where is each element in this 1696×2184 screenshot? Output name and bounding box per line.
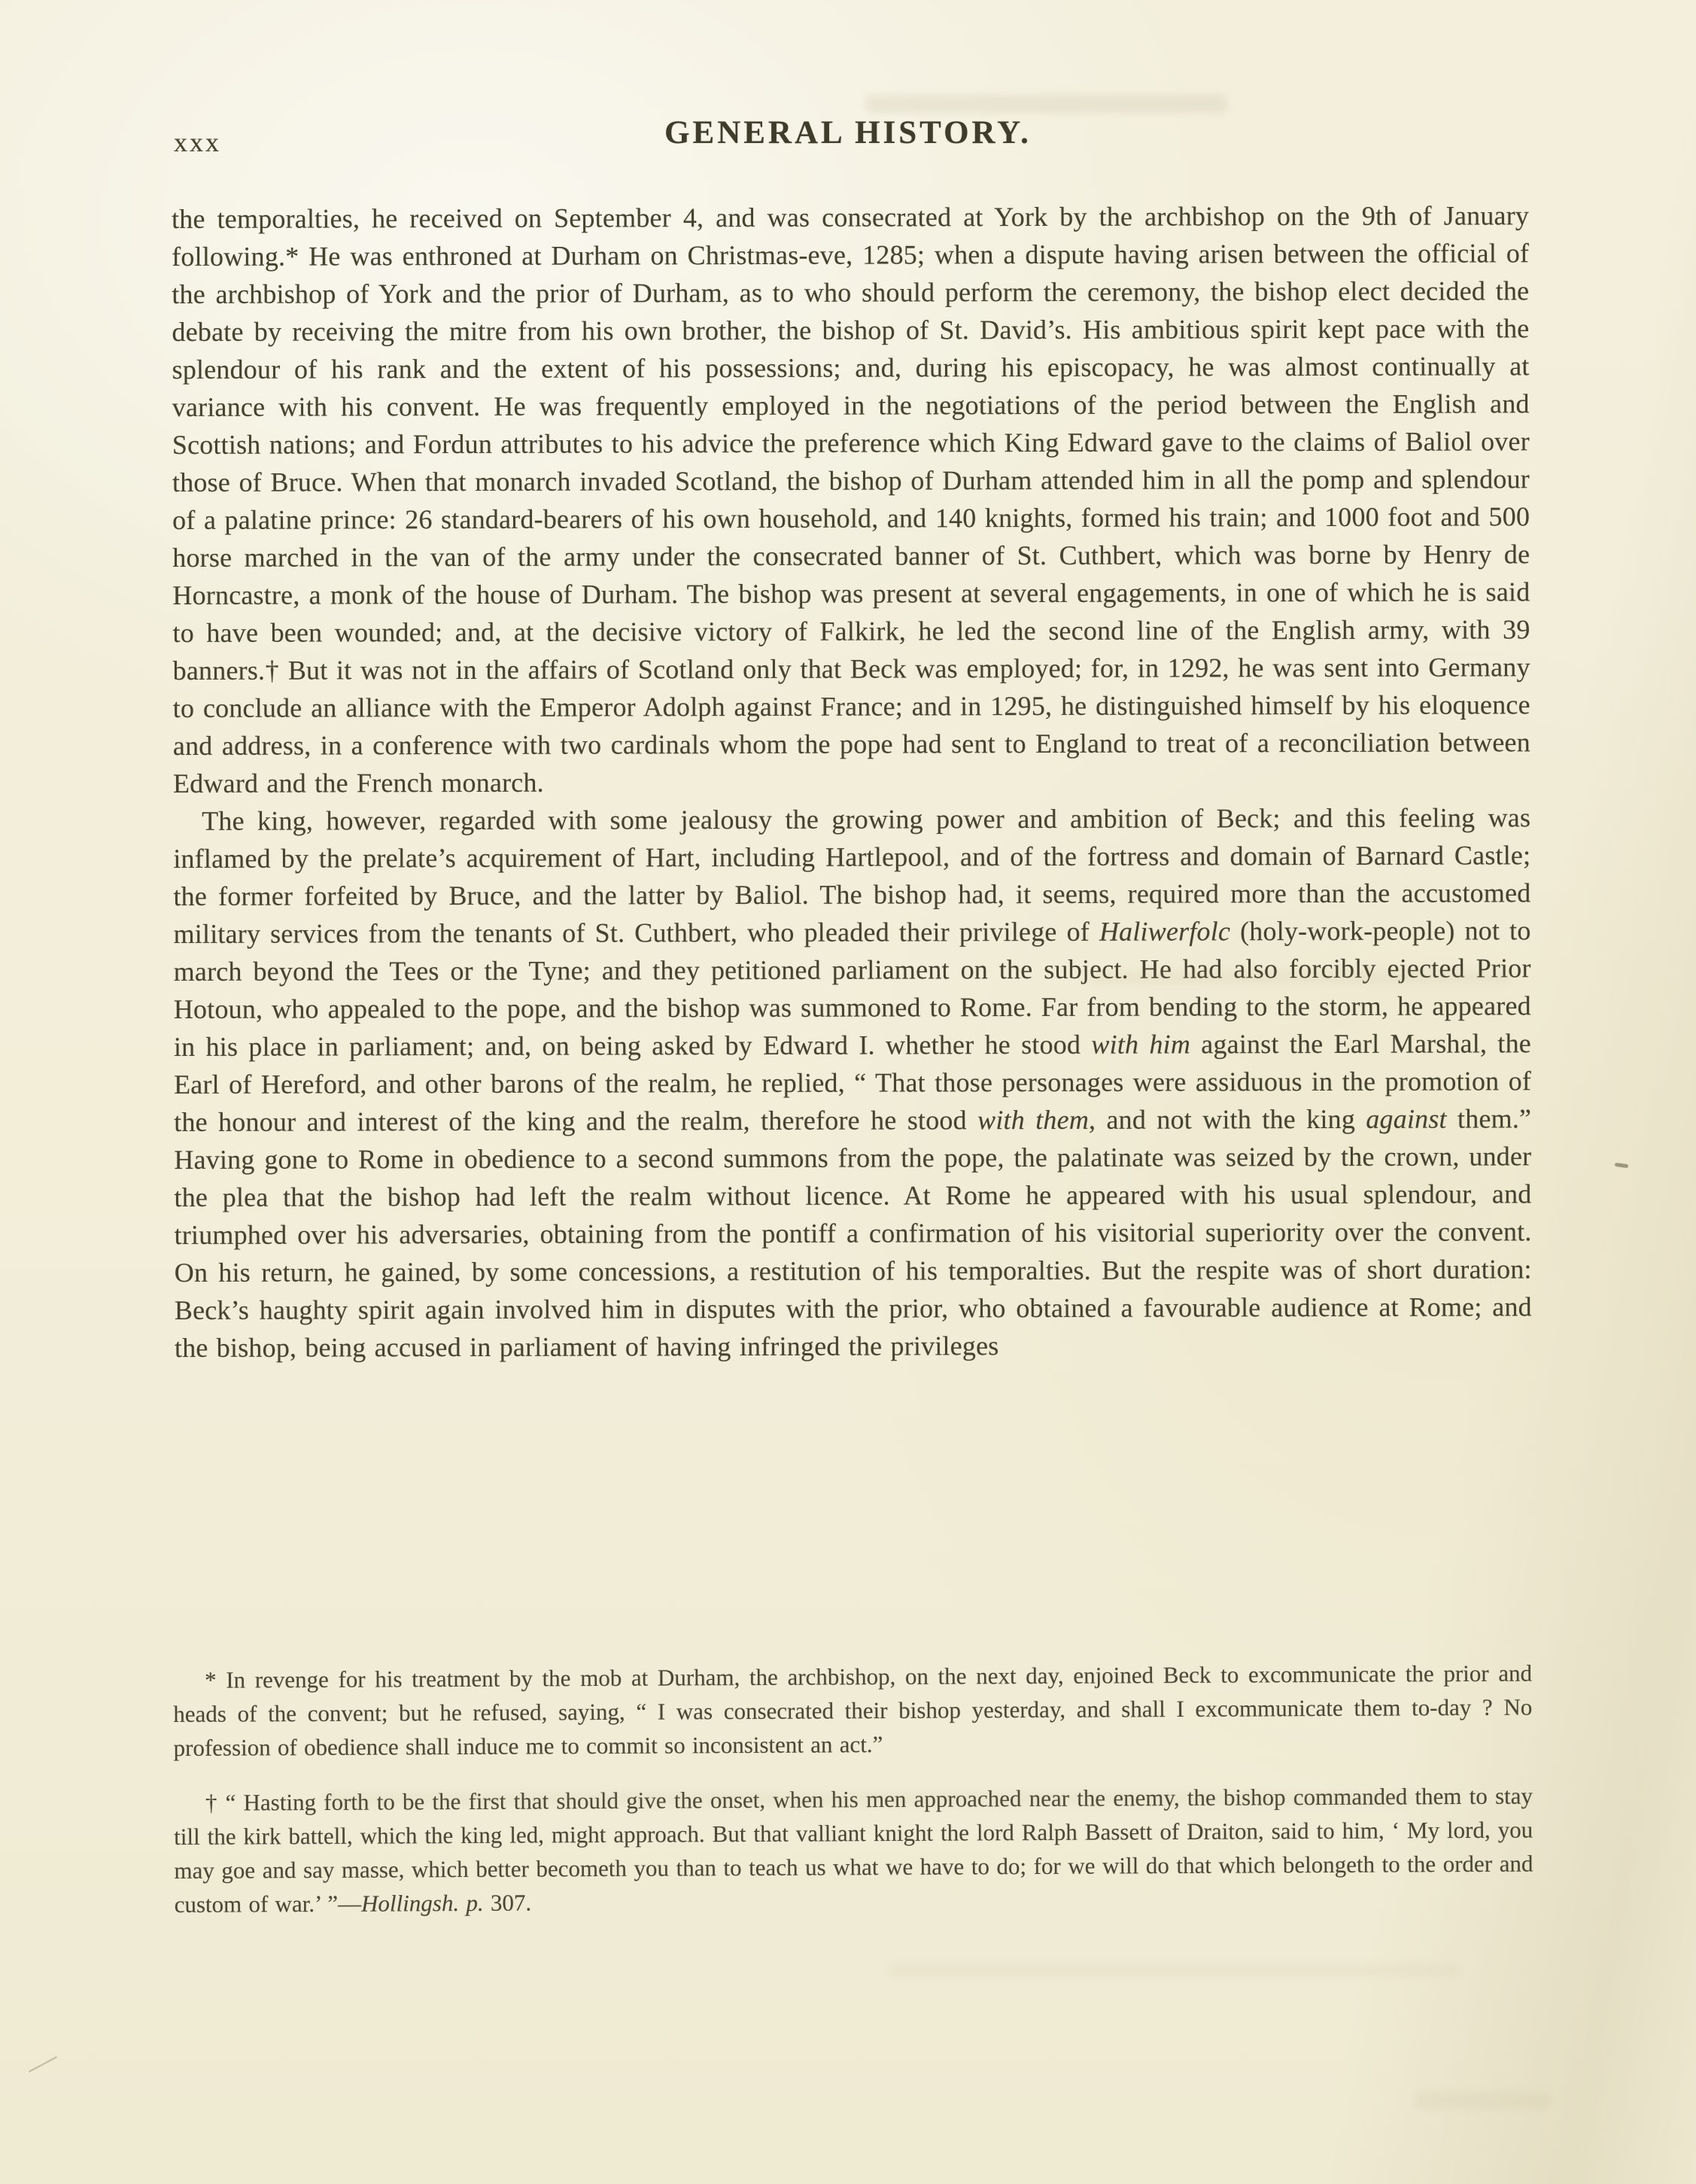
footnote-dagger: † “ Hasting forth to be the first that s… xyxy=(174,1779,1533,1921)
bleed-through-smudge xyxy=(888,1964,1460,1976)
body-text: the temporalties, he received on Septemb… xyxy=(172,196,1533,1654)
footnote-asterisk: * In revenge for his treatment by the mo… xyxy=(173,1656,1533,1765)
page-title: GENERAL HISTORY. xyxy=(0,114,1696,151)
book-page: xxx GENERAL HISTORY. the temporalties, h… xyxy=(0,0,1696,2184)
scan-speck xyxy=(1615,1163,1629,1168)
paragraph-continuation: the temporalties, he received on Septemb… xyxy=(172,196,1530,802)
page-crease xyxy=(29,2056,57,2072)
bleed-through-smudge xyxy=(865,95,1226,113)
paragraph-second: The king, however, regarded with some je… xyxy=(173,798,1532,1367)
bleed-through-smudge xyxy=(1415,2092,1550,2109)
footnotes: * In revenge for his treatment by the mo… xyxy=(173,1656,1533,1942)
